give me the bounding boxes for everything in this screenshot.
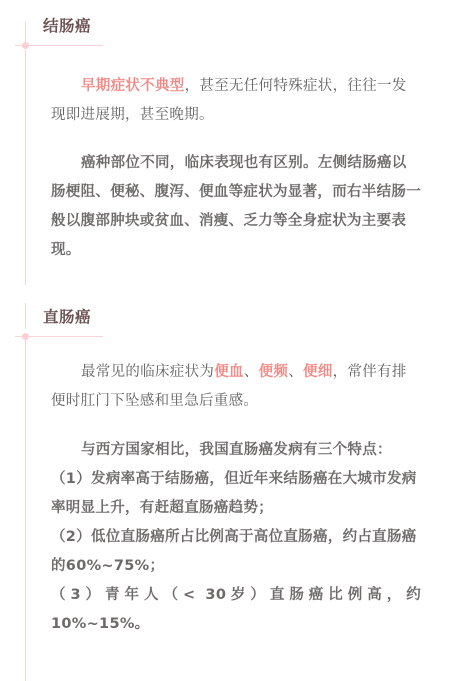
paragraph-text: 癌种部位不同，临床表现也有区别。左侧结肠癌以肠梗阻、便秘、腹泻、便血等症状为显著… <box>51 155 421 258</box>
section-heading-colon-cancer: 结肠癌 <box>43 14 91 36</box>
feature-item-3: （3）青年人（< 30岁）直肠癌比例高，约10%~15%。 <box>51 581 421 639</box>
colon-location-paragraph: 癌种部位不同，临床表现也有区别。左侧结肠癌以肠梗阻、便秘、腹泻、便血等症状为显著… <box>51 149 421 265</box>
timeline-line-1 <box>25 50 26 285</box>
separator: 、 <box>288 364 303 380</box>
timeline-dot-1 <box>22 42 29 49</box>
timeline-line-2 <box>25 340 26 681</box>
highlight-thin-stool: 便细 <box>303 364 333 380</box>
timeline-line-mid <box>25 303 26 329</box>
features-intro: 与西方国家相比，我国直肠癌发病有三个特点： <box>51 436 421 465</box>
intro-text: 与西方国家相比，我国直肠癌发病有三个特点： <box>81 442 392 458</box>
section-heading-rectal-cancer: 直肠癌 <box>43 305 91 327</box>
separator: 、 <box>244 364 259 380</box>
highlight-blood-in-stool: 便血 <box>214 364 244 380</box>
feature-item-2: （2）低位直肠癌所占比例高于高位直肠癌，约占直肠癌的60%~75%； <box>51 523 421 581</box>
feature-item-1: （1）发病率高于结肠癌，但近年来结肠癌在大城市发病率明显上升，有赶超直肠癌趋势； <box>51 465 421 523</box>
rectal-features-paragraph: 与西方国家相比，我国直肠癌发病有三个特点： （1）发病率高于结肠癌，但近年来结肠… <box>51 436 421 639</box>
timeline-dot-2 <box>22 333 29 340</box>
paragraph-text: 最常见的临床症状为 <box>81 364 214 380</box>
highlight-frequent-stool: 便频 <box>259 364 289 380</box>
colon-early-symptoms-paragraph: 早期症状不典型，甚至无任何特殊症状，往往一发现即进展期，甚至晚期。 <box>51 72 421 130</box>
rectal-symptoms-paragraph: 最常见的临床症状为便血、便频、便细，常伴有排便时肛门下坠感和里急后重感。 <box>51 358 421 416</box>
highlight-text: 早期症状不典型 <box>81 78 185 94</box>
